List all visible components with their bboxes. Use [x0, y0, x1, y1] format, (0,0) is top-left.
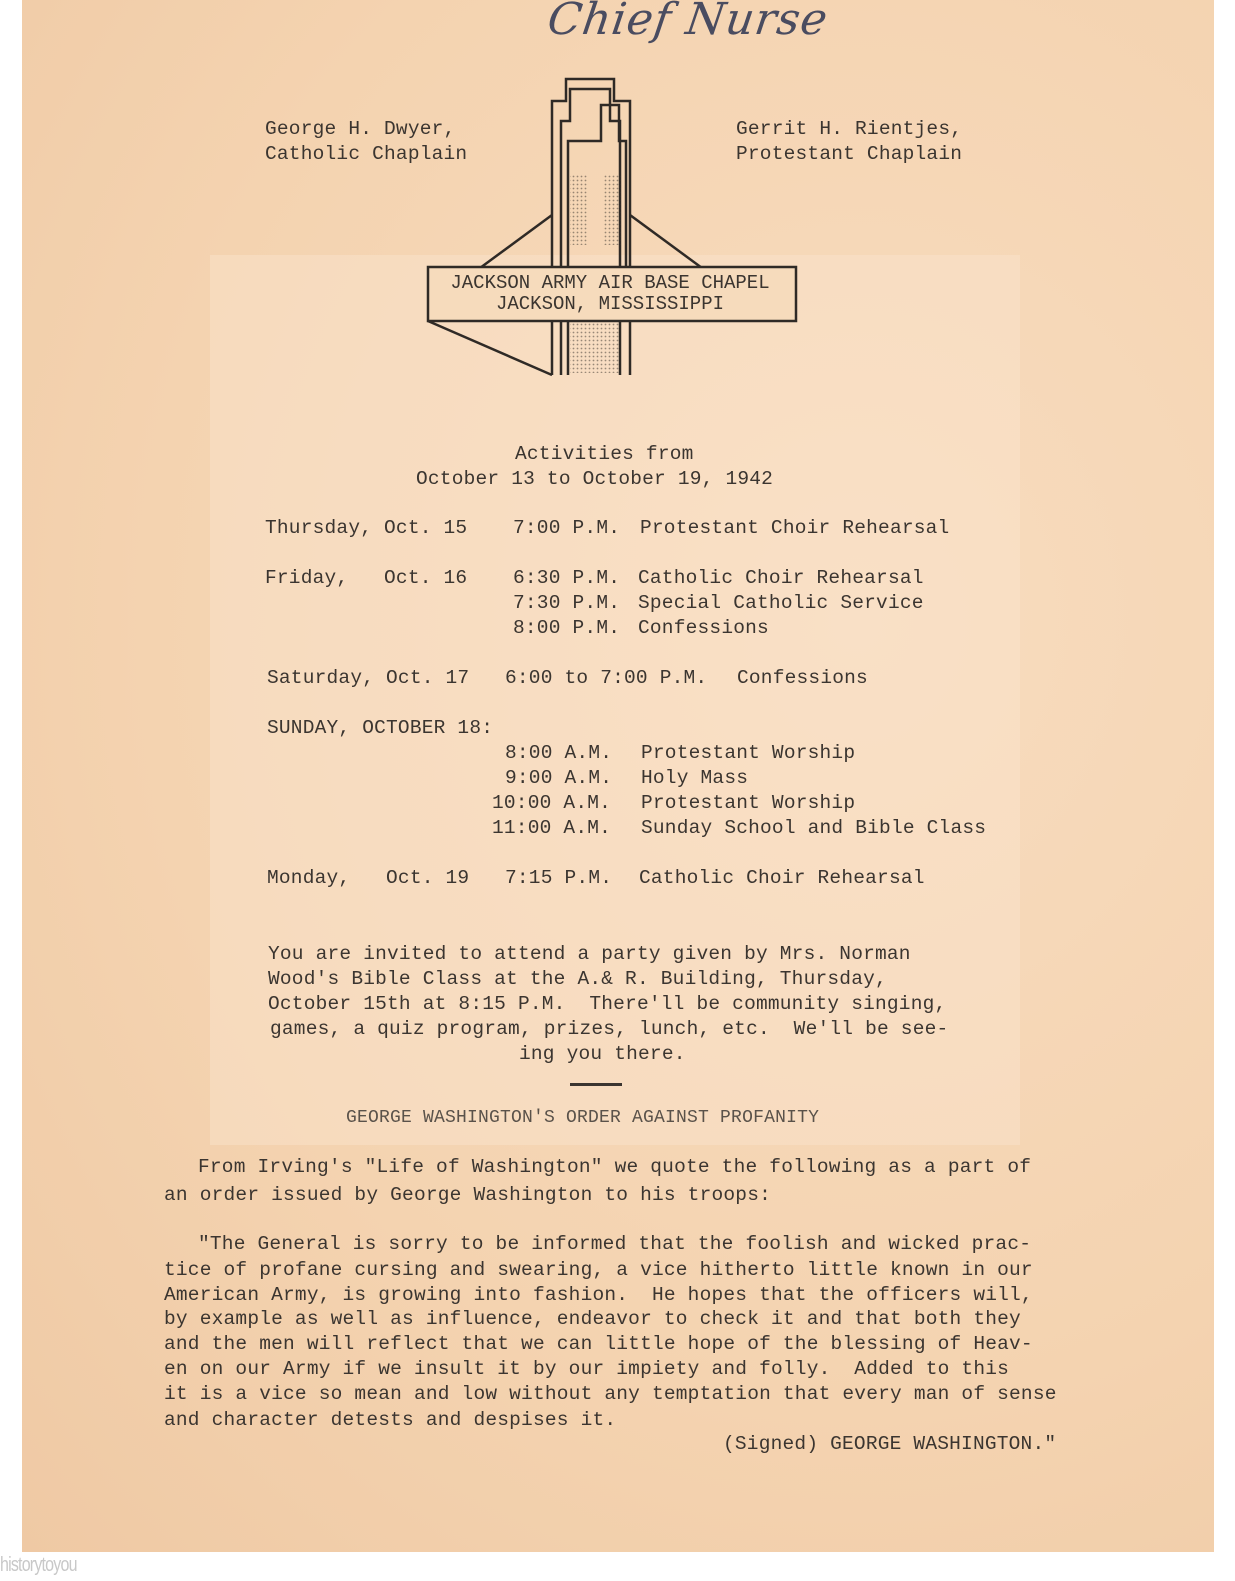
- emblem-line-1: JACKSON ARMY AIR BASE CHAPEL: [430, 273, 790, 294]
- invitation-line: Wood's Bible Class at the A.& R. Buildin…: [268, 967, 887, 992]
- quote-line: and character detests and despises it.: [164, 1408, 616, 1433]
- article-intro-line: an order issued by George Washington to …: [164, 1183, 771, 1208]
- schedule-time: 7:15 P.M.: [505, 866, 612, 891]
- quote-line: tice of profane cursing and swearing, a …: [164, 1258, 1033, 1283]
- quote-line: en on our Army if we insult it by our im…: [164, 1357, 1009, 1382]
- chapel-emblem-icon: [420, 75, 810, 385]
- invitation-line: October 15th at 8:15 P.M. There'll be co…: [268, 992, 946, 1017]
- invitation-line: ing you there.: [519, 1042, 686, 1067]
- schedule-event: Catholic Choir Rehearsal: [639, 866, 925, 891]
- emblem-line-2: JACKSON, MISSISSIPPI: [430, 294, 790, 315]
- schedule-time: 11:00 A.M.: [492, 816, 611, 841]
- schedule-event: Catholic Choir Rehearsal: [638, 566, 924, 591]
- section-divider: [570, 1083, 622, 1086]
- schedule-time: 6:00 to 7:00 P.M.: [505, 666, 707, 691]
- invitation-line: You are invited to attend a party given …: [268, 942, 911, 967]
- article-title: GEORGE WASHINGTON'S ORDER AGAINST PROFAN…: [346, 1106, 819, 1131]
- handwritten-note: Chief Nurse: [544, 0, 831, 45]
- quote-line: American Army, is growing into fashion. …: [164, 1283, 1033, 1308]
- watermark: historytoyou: [0, 1554, 77, 1577]
- schedule-time: 9:00 A.M.: [505, 766, 612, 791]
- quote-line: "The General is sorry to be informed tha…: [198, 1232, 1031, 1257]
- schedule-time: 7:30 P.M.: [513, 591, 620, 616]
- schedule-event: Confessions: [638, 616, 769, 641]
- schedule-time: 7:00 P.M.: [513, 516, 620, 541]
- schedule-day: Thursday, Oct. 15: [265, 516, 467, 541]
- schedule-day: Monday, Oct. 19: [267, 866, 469, 891]
- schedule-time: 6:30 P.M.: [513, 566, 620, 591]
- heading-line-1: Activities from: [515, 442, 694, 467]
- schedule-time: 8:00 P.M.: [513, 616, 620, 641]
- schedule-time: 8:00 A.M.: [505, 741, 612, 766]
- schedule-day: Friday, Oct. 16: [265, 566, 467, 591]
- article-intro-line: From Irving's "Life of Washington" we qu…: [198, 1155, 1031, 1180]
- schedule-event: Holy Mass: [641, 766, 748, 791]
- schedule-day: SUNDAY, OCTOBER 18:: [267, 716, 493, 741]
- signature: (Signed) GEORGE WASHINGTON.": [723, 1432, 1056, 1457]
- schedule-event: Sunday School and Bible Class: [641, 816, 986, 841]
- schedule-event: Protestant Worship: [641, 741, 855, 766]
- schedule-event: Protestant Choir Rehearsal: [640, 516, 949, 541]
- heading-line-2: October 13 to October 19, 1942: [416, 467, 773, 492]
- schedule-event: Special Catholic Service: [638, 591, 924, 616]
- schedule-event: Protestant Worship: [641, 791, 855, 816]
- quote-line: it is a vice so mean and low without any…: [164, 1382, 1057, 1407]
- quote-line: by example as well as influence, endeavo…: [164, 1307, 1021, 1332]
- schedule-event: Confessions: [737, 666, 868, 691]
- schedule-day: Saturday, Oct. 17: [267, 666, 469, 691]
- schedule-time: 10:00 A.M.: [492, 791, 611, 816]
- invitation-line: games, a quiz program, prizes, lunch, et…: [270, 1017, 948, 1042]
- quote-line: and the men will reflect that we can lit…: [164, 1332, 1033, 1357]
